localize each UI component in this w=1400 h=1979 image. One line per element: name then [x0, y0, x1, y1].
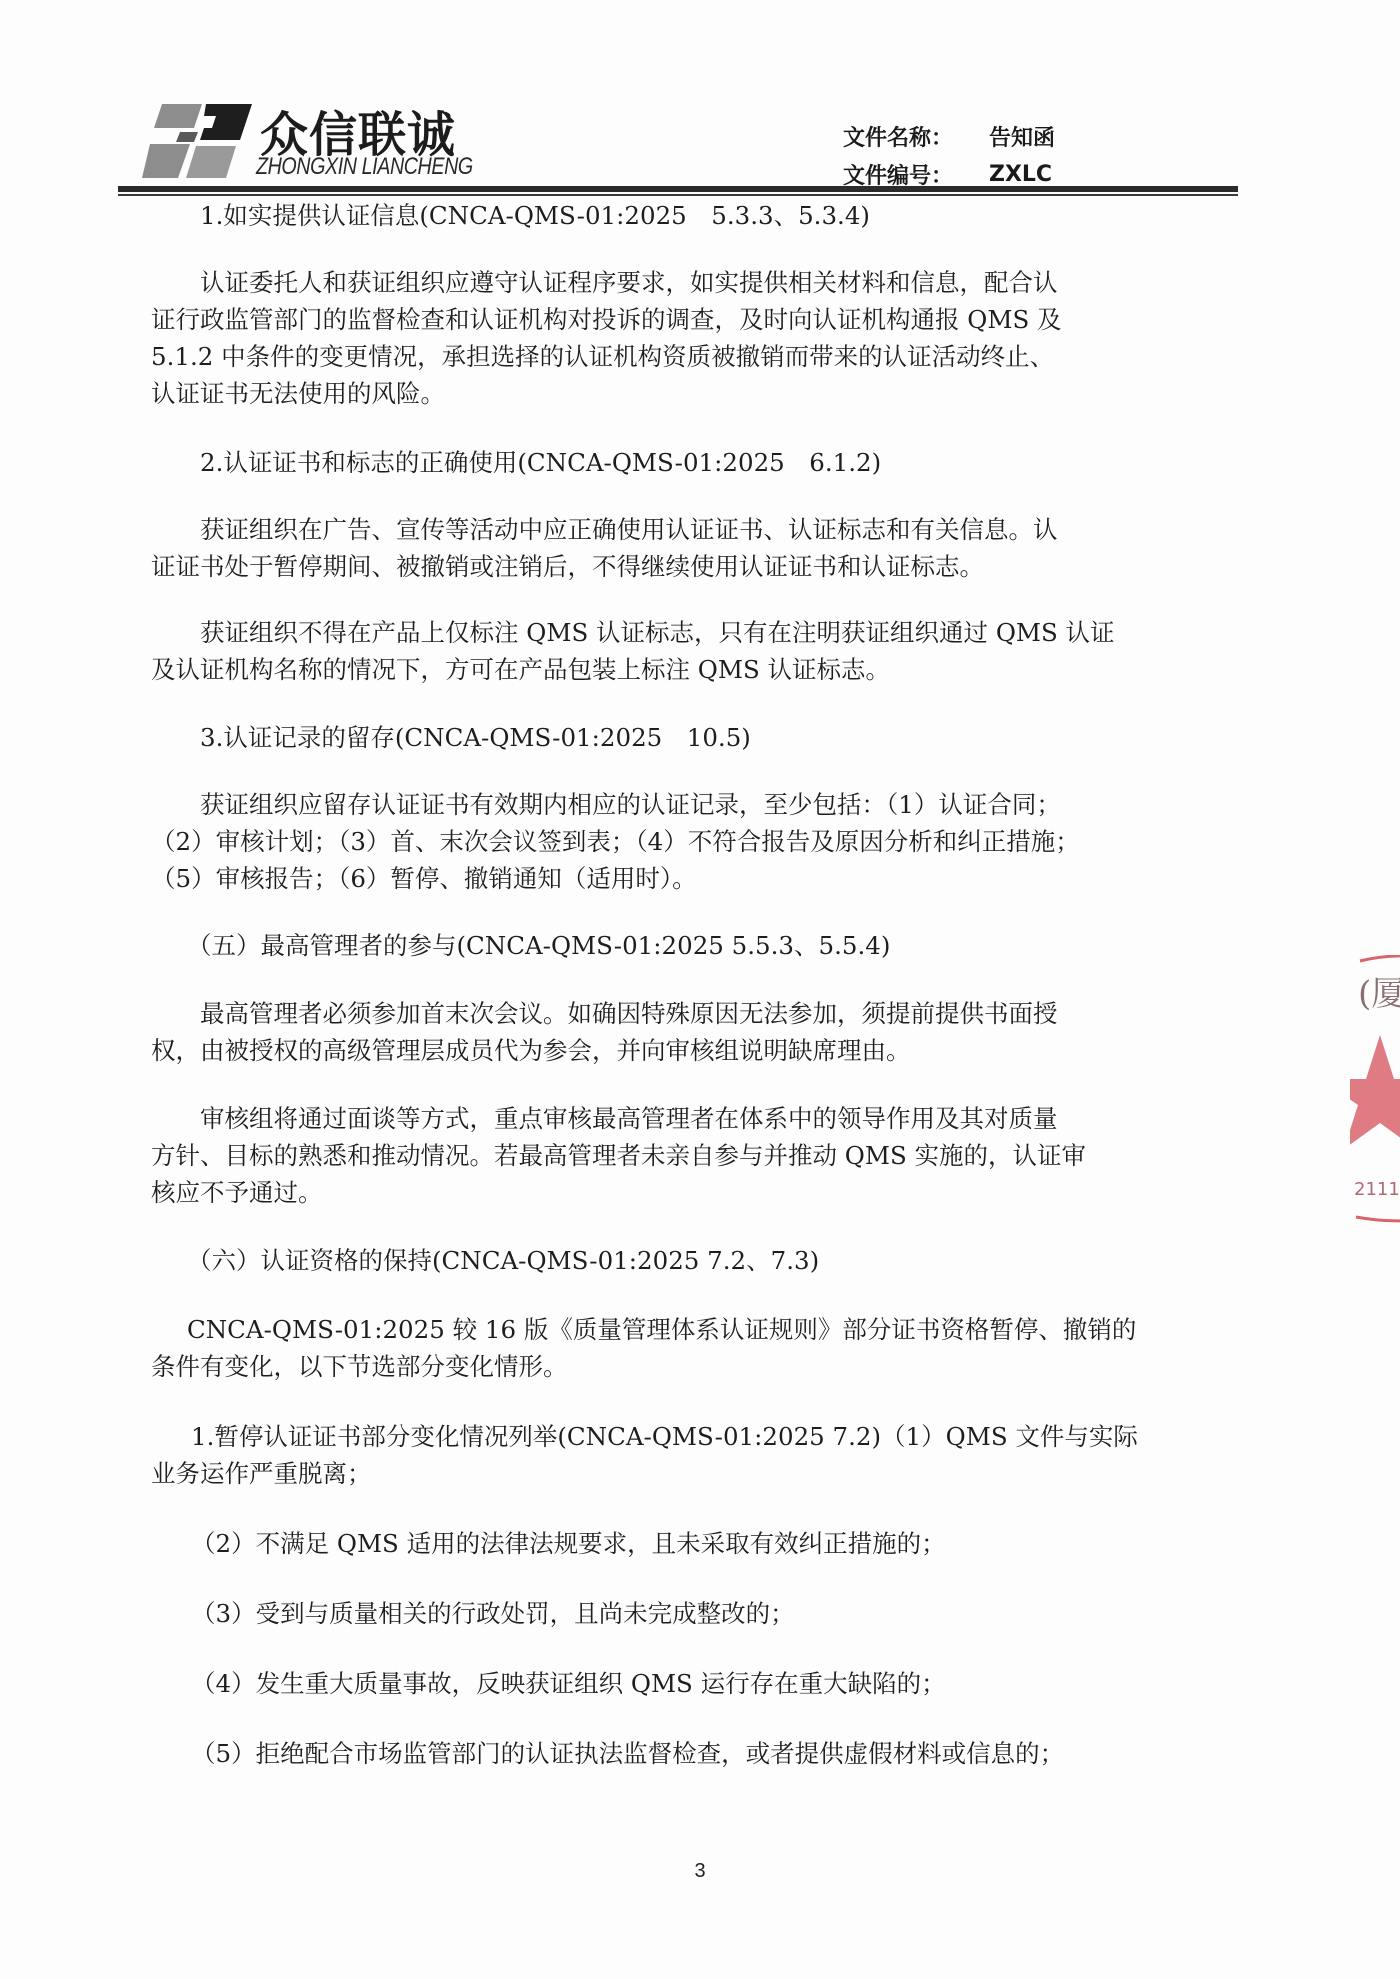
file-name-label: 文件名称： [843, 121, 989, 152]
file-name-row: 文件名称： 告知函 [843, 117, 1055, 155]
list-item: （4）发生重大质量事故，反映获证组织 QMS 运行存在重大缺陷的； [151, 1665, 1271, 1702]
header-divider-thin [118, 194, 1238, 196]
text-line: 认证委托人和获证组织应遵守认证程序要求，如实提供相关材料和信息，配合认 [151, 264, 1231, 301]
file-number-value: ZXLC [989, 162, 1052, 187]
seal-text-top: (厦 [1358, 974, 1400, 1014]
text-line: 核应不予通过。 [151, 1174, 1231, 1211]
text-line: CNCA-QMS-01:2025 较 16 版《质量管理体系认证规则》部分证书资… [151, 1311, 1231, 1348]
paragraph-4: 获证组织应留存认证证书有效期内相应的认证记录，至少包括：（1）认证合同； （2）… [151, 786, 1231, 897]
text-line: （5）审核报告；（6）暂停、撤销通知（适用时）。 [151, 860, 1231, 897]
text-line: 条件有变化，以下节选部分变化情形。 [151, 1348, 1231, 1385]
list-item: （2）不满足 QMS 适用的法律法规要求，且未采取有效纠正措施的； [151, 1525, 1271, 1562]
paragraph-5: 最高管理者必须参加首末次会议。如确因特殊原因无法参加，须提前提供书面授 权，由被… [151, 995, 1231, 1069]
seal-text-bottom: 21110 [1354, 1179, 1400, 1200]
text-line: 认证证书无法使用的风险。 [151, 375, 1231, 412]
text-line: 5.1.2 中条件的变更情况，承担选择的认证机构资质被撤销而带来的认证活动终止、 [151, 338, 1231, 375]
text-line: 权，由被授权的高级管理层成员代为参会，并向审核组说明缺席理由。 [151, 1032, 1231, 1069]
list-item: （5）拒绝配合市场监管部门的认证执法监督检查，或者提供虚假材料或信息的； [151, 1735, 1271, 1772]
text-line: 获证组织在广告、宣传等活动中应正确使用认证证书、认证标志和有关信息。认 [151, 511, 1231, 548]
logo-english-name: ZHONGXIN LIANCHENG [256, 153, 473, 181]
text-line: 业务运作严重脱离； [151, 1455, 1231, 1492]
text-line: 证证书处于暂停期间、被撤销或注销后，不得继续使用认证证书和认证标志。 [151, 548, 1231, 585]
paragraph-1: 认证委托人和获证组织应遵守认证程序要求，如实提供相关材料和信息，配合认 证行政监… [151, 264, 1231, 412]
text-line: 审核组将通过面谈等方式，重点审核最高管理者在体系中的领导作用及其对质量 [151, 1100, 1231, 1137]
text-line: 方针、目标的熟悉和推动情况。若最高管理者未亲自参与并推动 QMS 实施的，认证审 [151, 1137, 1231, 1174]
text-line: 获证组织应留存认证证书有效期内相应的认证记录，至少包括：（1）认证合同； [151, 786, 1231, 823]
section-heading-1: 1.如实提供认证信息(CNCA-QMS-01:2025 5.3.3、5.3.4) [151, 197, 1280, 234]
paragraph-3: 获证组织不得在产品上仅标注 QMS 认证标志，只有在注明获证组织通过 QMS 认… [151, 614, 1231, 688]
section-heading-3: 3.认证记录的留存(CNCA-QMS-01:2025 10.5) [151, 719, 1280, 756]
text-line: 获证组织不得在产品上仅标注 QMS 认证标志，只有在注明获证组织通过 QMS 认… [151, 614, 1231, 651]
file-number-label: 文件编号： [843, 159, 989, 190]
text-line: 最高管理者必须参加首末次会议。如确因特殊原因无法参加，须提前提供书面授 [151, 995, 1231, 1032]
section-heading-2: 2.认证证书和标志的正确使用(CNCA-QMS-01:2025 6.1.2) [151, 444, 1280, 481]
text-line: （2）审核计划；（3）首、末次会议签到表；（4）不符合报告及原因分析和纠正措施； [151, 823, 1231, 860]
text-line: 证行政监管部门的监督检查和认证机构对投诉的调查，及时向认证机构通报 QMS 及 [151, 301, 1231, 338]
document-page: 众信联诚 ZHONGXIN LIANCHENG 文件名称： 告知函 文件编号： … [0, 0, 1400, 1979]
text-line: 及认证机构名称的情况下，方可在产品包装上标注 QMS 认证标志。 [151, 651, 1231, 688]
official-seal: (厦 21110 [1350, 955, 1400, 1215]
company-logo: 众信联诚 ZHONGXIN LIANCHENG [142, 96, 442, 186]
file-name-value: 告知函 [989, 121, 1055, 152]
paragraph-2: 获证组织在广告、宣传等活动中应正确使用认证证书、认证标志和有关信息。认 证证书处… [151, 511, 1231, 585]
header-divider-thick [118, 186, 1238, 192]
text-line: 1.暂停认证证书部分变化情况列举(CNCA-QMS-01:2025 7.2)（1… [151, 1418, 1231, 1455]
paragraph-7: CNCA-QMS-01:2025 较 16 版《质量管理体系认证规则》部分证书资… [151, 1311, 1231, 1385]
logo-mark-icon [142, 100, 260, 180]
section-heading-5: （五）最高管理者的参与(CNCA-QMS-01:2025 5.5.3、5.5.4… [151, 927, 1267, 964]
paragraph-6: 审核组将通过面谈等方式，重点审核最高管理者在体系中的领导作用及其对质量 方针、目… [151, 1100, 1231, 1211]
paragraph-8: 1.暂停认证证书部分变化情况列举(CNCA-QMS-01:2025 7.2)（1… [151, 1418, 1231, 1492]
section-heading-6: （六）认证资格的保持(CNCA-QMS-01:2025 7.2、7.3) [151, 1242, 1267, 1279]
file-meta: 文件名称： 告知函 文件编号： ZXLC [843, 117, 1055, 193]
page-number: 3 [0, 1860, 1400, 1883]
list-item: （3）受到与质量相关的行政处罚，且尚未完成整改的； [151, 1595, 1271, 1632]
seal-star-icon: (厦 21110 [1350, 955, 1400, 1225]
